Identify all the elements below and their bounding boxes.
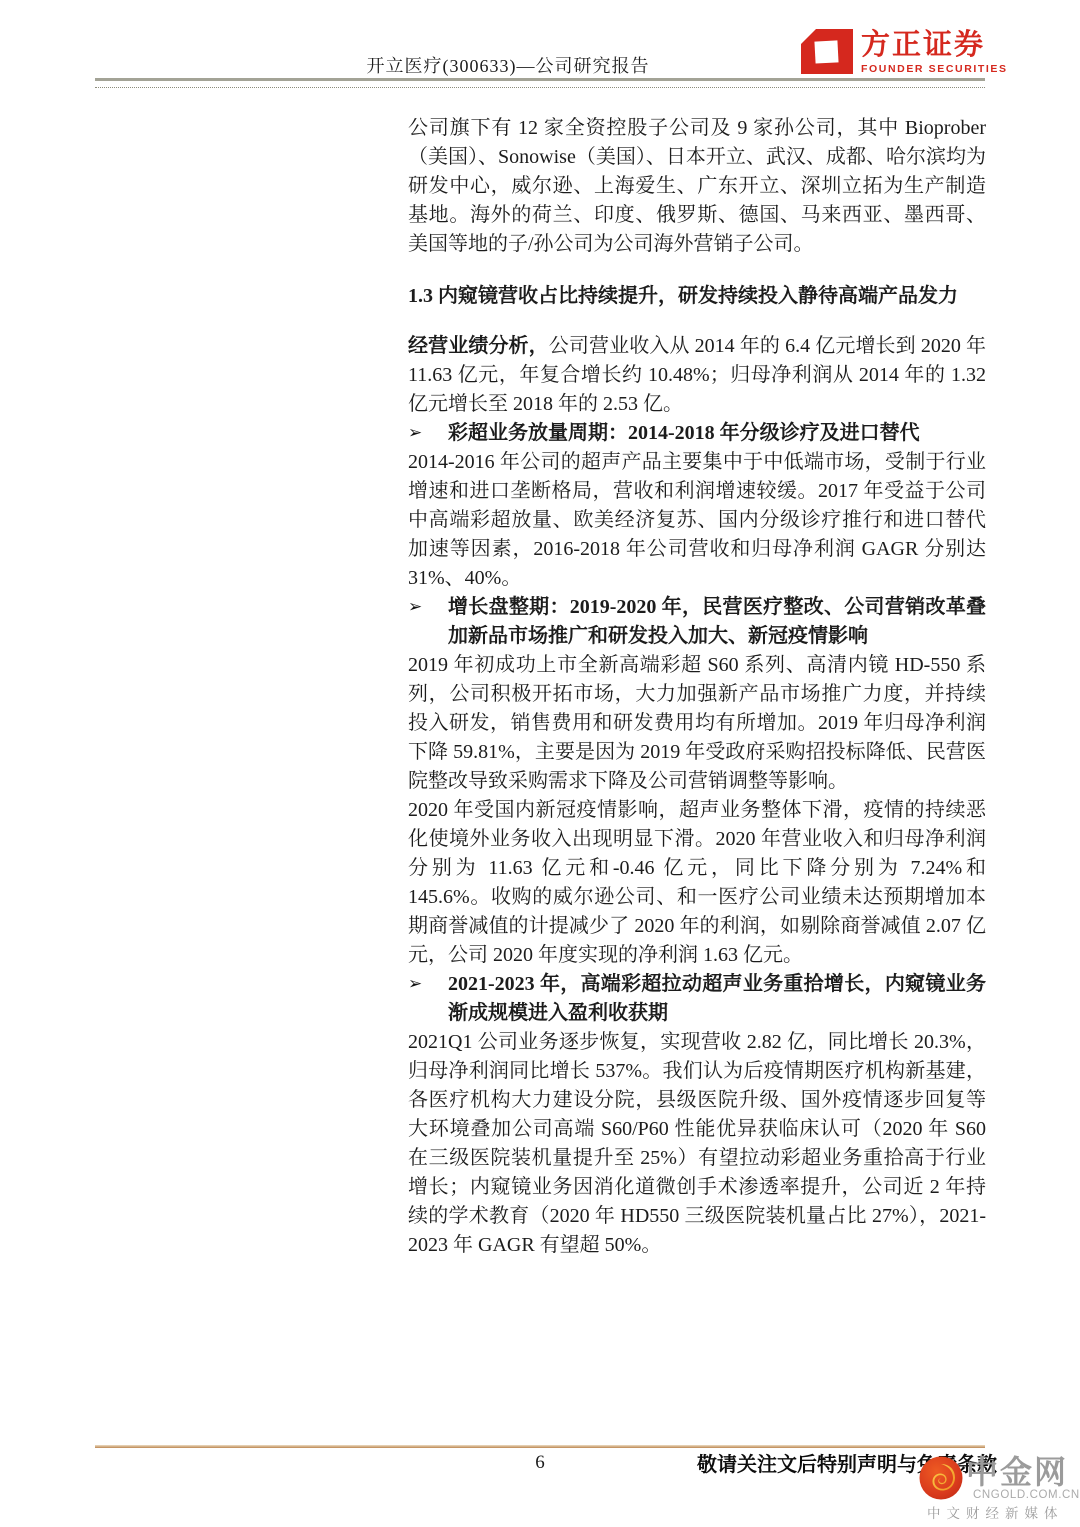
paragraph-lead-bold: 经营业绩分析，	[408, 335, 549, 357]
section-heading-1-3: 1.3 内窥镜营收占比持续提升，研发持续投入静待高端产品发力	[408, 283, 986, 309]
brand-subtitle: FOUNDER SECURITIES	[861, 63, 1008, 75]
paragraph-2020: 2020 年受国内新冠疫情影响，超声业务整体下滑，疫情的持续恶化使境外业务收入出…	[408, 796, 986, 970]
paragraph-subsidiaries: 公司旗下有 12 家全资控股子公司及 9 家孙公司，其中 Bioprober（美…	[408, 114, 986, 259]
header-rule-dotted	[95, 87, 985, 88]
arrow-bullet-icon: ➢	[408, 593, 448, 622]
paragraph-performance-analysis: 经营业绩分析，公司营业收入从 2014 年的 6.4 亿元增长到 2020 年 …	[408, 332, 986, 419]
cngold-watermark-name: 中金网	[966, 1456, 1068, 1488]
bullet-heading: 增长盘整期：2019-2020 年，民营医疗整改、公司营销改革叠加新品市场推广和…	[448, 593, 986, 651]
bullet-heading: 彩超业务放量周期：2014-2018 年分级诊疗及进口替代	[448, 419, 986, 448]
cngold-flame-logo-icon	[919, 1456, 963, 1500]
founder-securities-logo: 方正证券 FOUNDER SECURITIES	[799, 28, 1008, 78]
paragraph-2019: 2019 年初成功上市全新高端彩超 S60 系列、高清内镜 HD-550 系列，…	[408, 651, 986, 796]
founder-logo-icon	[799, 28, 855, 78]
bullet-item-ultrasound-cycle: ➢ 彩超业务放量周期：2014-2018 年分级诊疗及进口替代	[408, 419, 986, 448]
header-rule-solid	[95, 78, 985, 81]
paragraph-2014-2018: 2014-2016 年公司的超声产品主要集中于中低端市场，受制于行业增速和进口垄…	[408, 448, 986, 593]
bullet-item-2021-2023-outlook: ➢ 2021-2023 年，高端彩超拉动超声业务重拾增长，内窥镜业务渐成规模进入…	[408, 970, 986, 1028]
cngold-watermark-domain: CNGOLD.COM.CN	[973, 1489, 1080, 1501]
arrow-bullet-icon: ➢	[408, 419, 448, 448]
report-body: 公司旗下有 12 家全资控股子公司及 9 家孙公司，其中 Bioprober（美…	[408, 114, 986, 1260]
document-header-title: 开立医疗(300633)—公司研究报告	[367, 52, 650, 78]
bullet-item-consolidation-period: ➢ 增长盘整期：2019-2020 年，民营医疗整改、公司营销改革叠加新品市场推…	[408, 593, 986, 651]
bullet-heading: 2021-2023 年，高端彩超拉动超声业务重拾增长，内窥镜业务渐成规模进入盈利…	[448, 970, 986, 1028]
arrow-bullet-icon: ➢	[408, 970, 448, 999]
paragraph-2021q1: 2021Q1 公司业务逐步恢复，实现营收 2.82 亿，同比增长 20.3%，归…	[408, 1028, 986, 1260]
report-page: 开立医疗(300633)—公司研究报告 方正证券 FOUNDER SECURIT…	[0, 0, 1080, 1527]
cngold-watermark-tagline: 中文财经新媒体	[927, 1502, 1064, 1522]
brand-name: 方正证券	[861, 28, 1008, 62]
